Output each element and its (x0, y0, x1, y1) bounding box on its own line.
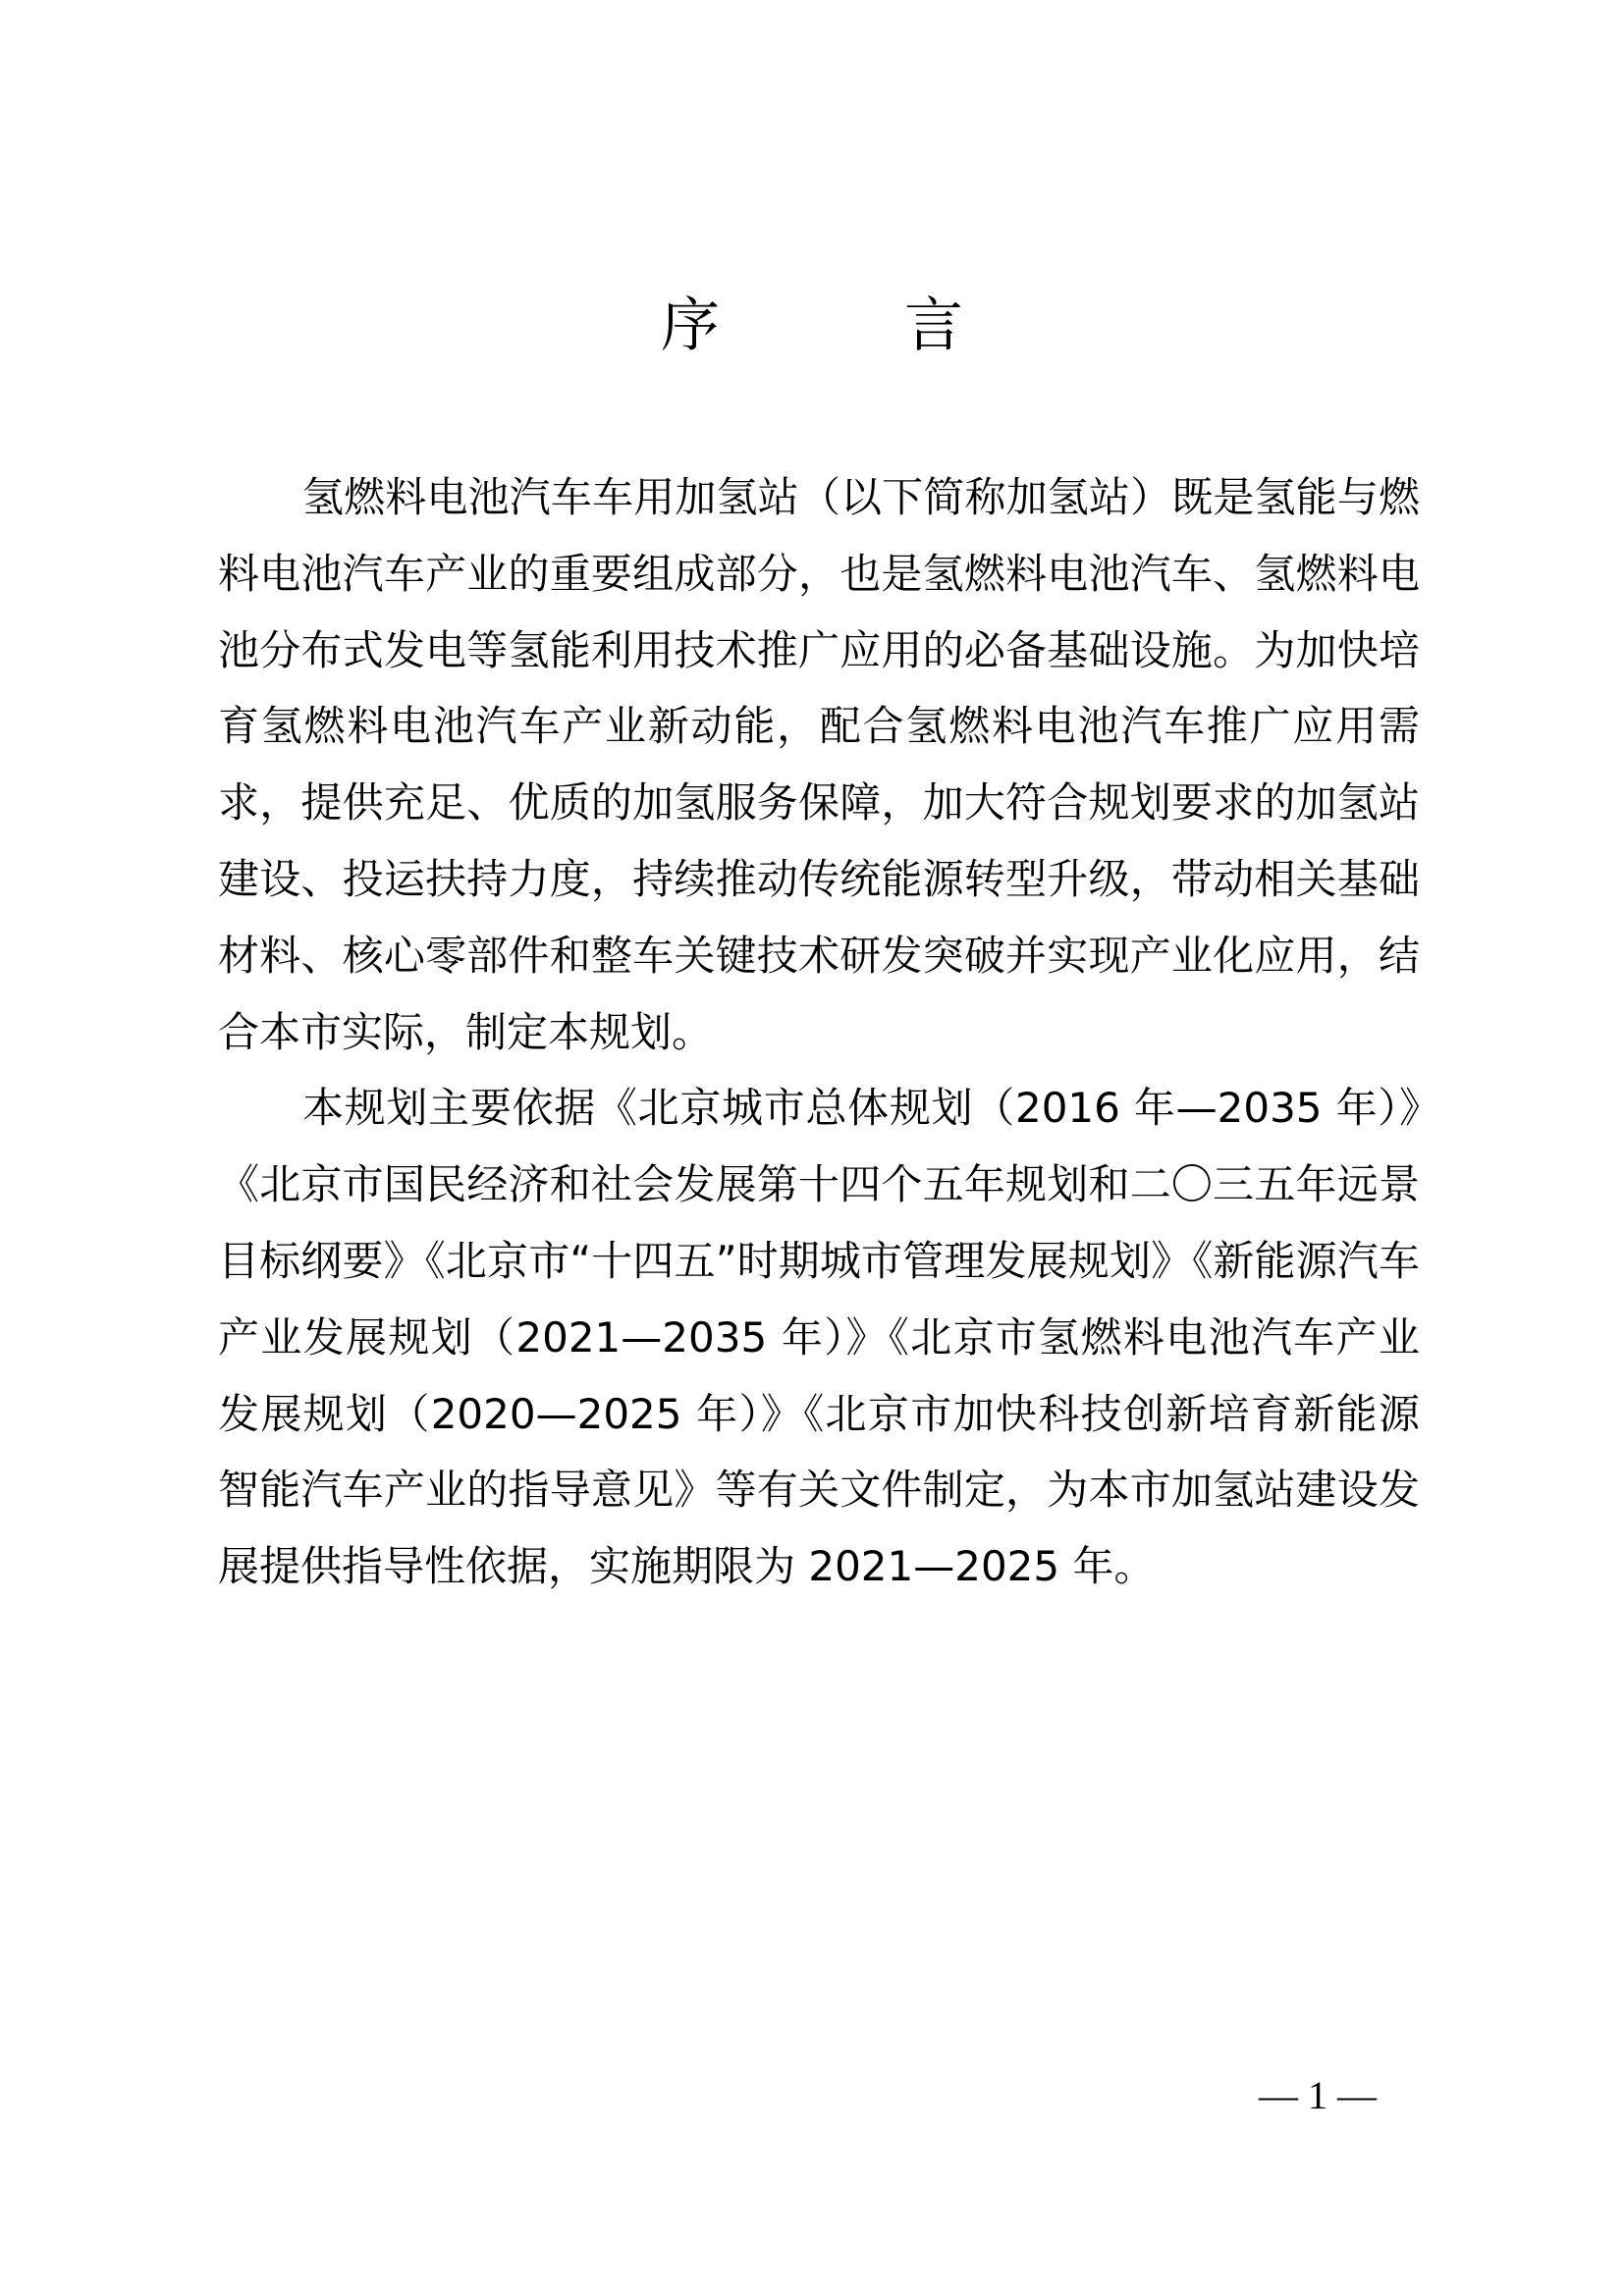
document-body: 氢燃料电池汽车车用加氢站（以下简称加氢站）既是氢能与燃料电池汽车产业的重要组成部… (218, 459, 1420, 1605)
page-number: — 1 — (1259, 2071, 1377, 2120)
page-title: 序 言 (0, 287, 1624, 365)
paragraph-preface-basis: 本规划主要依据《北京城市总体规划（2016 年—2035 年）》《北京市国民经济… (218, 1070, 1420, 1605)
paragraph-preface-purpose: 氢燃料电池汽车车用加氢站（以下简称加氢站）既是氢能与燃料电池汽车产业的重要组成部… (218, 459, 1420, 1070)
